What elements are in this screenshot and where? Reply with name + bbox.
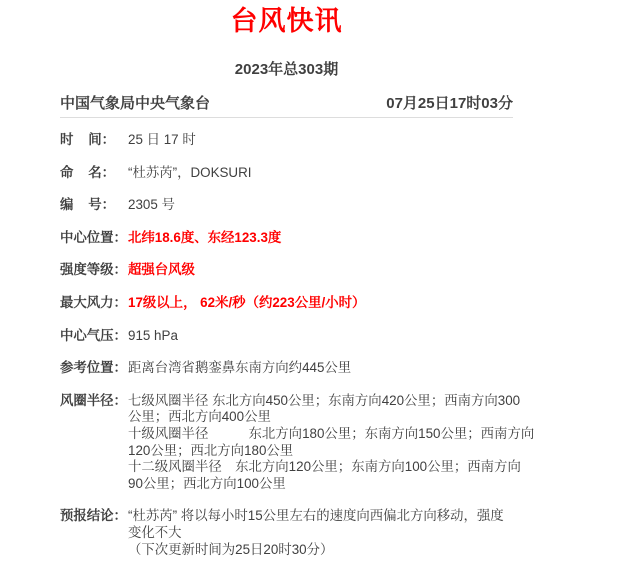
field-row: 强度等级：超强台风级: [60, 254, 513, 287]
field-value: 北纬18.6度、东经123.3度: [128, 230, 281, 247]
field-row: 最大风力：17级以上， 62米/秒（约223公里/小时）: [60, 287, 513, 320]
agency-name: 中国气象局中央气象台: [60, 95, 210, 112]
field-row: 参考位置：距离台湾省鹅銮鼻东南方向约445公里: [60, 352, 513, 385]
issue-number: 2023年总303期: [60, 62, 513, 78]
field-value: 距离台湾省鹅銮鼻东南方向约445公里: [128, 360, 351, 377]
field-row: 中心气压：915 hPa: [60, 320, 513, 353]
field-label: 中心位置：: [60, 230, 128, 247]
field-value: 17级以上， 62米/秒（约223公里/小时）: [128, 295, 365, 312]
field-value: “杜苏芮” 将以每小时15公里左右的速度向西偏北方向移动，强度 变化不大 （下次…: [128, 508, 504, 558]
page-title: 台风快讯: [60, 0, 513, 36]
field-label: 风圈半径：: [60, 393, 128, 410]
field-row: 时 间：25 日 17 时: [60, 124, 513, 157]
field-row: 编 号：2305 号: [60, 189, 513, 222]
field-row: 预报结论：“杜苏芮” 将以每小时15公里左右的速度向西偏北方向移动，强度 变化不…: [60, 500, 513, 565]
field-value: 2305 号: [128, 197, 175, 214]
field-label: 参考位置：: [60, 360, 128, 377]
bulletin-header: 中国气象局中央气象台 07月25日17时03分: [60, 95, 513, 118]
field-row: 中心位置：北纬18.6度、东经123.3度: [60, 222, 513, 255]
field-label: 时 间：: [60, 132, 128, 149]
field-value: 七级风圈半径 东北方向450公里；东南方向420公里；西南方向300 公里；西北…: [128, 393, 534, 493]
publish-time: 07月25日17时03分: [386, 95, 513, 112]
field-value: 915 hPa: [128, 328, 178, 345]
field-value: “杜苏芮”，DOKSURI: [128, 165, 252, 182]
field-label: 中心气压：: [60, 328, 128, 345]
field-value: 25 日 17 时: [128, 132, 196, 149]
field-value: 超强台风级: [128, 262, 195, 279]
field-row: 命 名：“杜苏芮”，DOKSURI: [60, 157, 513, 190]
typhoon-bulletin: 台风快讯 2023年总303期 中国气象局中央气象台 07月25日17时03分 …: [60, 0, 513, 565]
fields-table: 时 间：25 日 17 时命 名：“杜苏芮”，DOKSURI编 号：2305 号…: [60, 124, 513, 565]
field-label: 编 号：: [60, 197, 128, 214]
field-label: 预报结论：: [60, 508, 128, 525]
field-label: 强度等级：: [60, 262, 128, 279]
field-row: 风圈半径：七级风圈半径 东北方向450公里；东南方向420公里；西南方向300 …: [60, 385, 513, 501]
field-label: 命 名：: [60, 165, 128, 182]
field-label: 最大风力：: [60, 295, 128, 312]
